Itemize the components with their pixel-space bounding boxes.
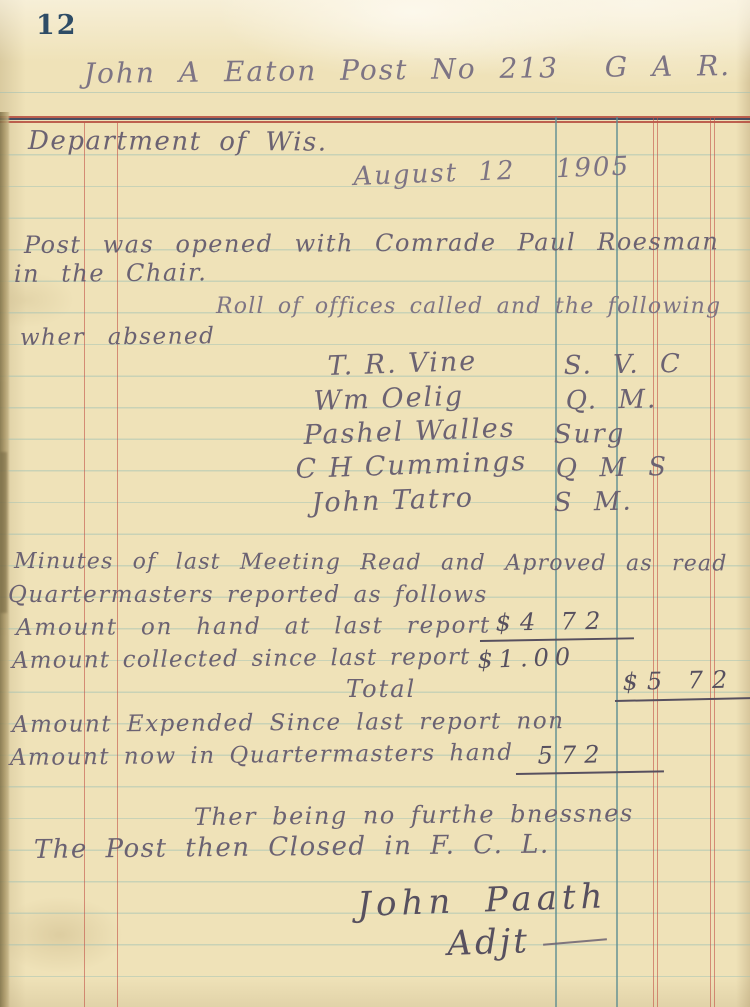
total-amount: $5 72	[614, 665, 750, 702]
officer-office: Q. M.	[566, 386, 658, 414]
header-rule-line	[0, 92, 750, 93]
absent-line: wher absened	[20, 325, 216, 350]
officer-name: T. R. Vine	[327, 348, 478, 380]
opening-line-1: Post was opened with Comrade Paul Roesma…	[24, 229, 720, 257]
officer-office: Q M S	[556, 454, 669, 482]
collected-label: Amount collected since last report	[12, 646, 471, 673]
closing-line-1: Ther being no furthe bnessnes	[194, 801, 634, 829]
officer-name: Wm Oelig	[313, 383, 464, 415]
officer-office: S. V. C	[564, 351, 683, 379]
ledger-page: 12 John A Eaton Post No 213 G A R. Depar…	[0, 0, 750, 1007]
officer-name: C H Cummings	[295, 448, 528, 483]
minutes-approved-line: Minutes of last Meeting Read and Aproved…	[14, 551, 728, 575]
balance-amount: 572	[515, 739, 664, 775]
officer-office: Surg	[554, 421, 626, 448]
binding-edge	[0, 112, 10, 1007]
header-red-rule-bottom	[0, 121, 750, 123]
officer-office: S M.	[554, 489, 633, 516]
signature-title: Adjt	[447, 924, 531, 961]
collected-amount: $1.00	[477, 643, 577, 674]
page-number: 12	[36, 10, 78, 41]
roll-call-line: Roll of offices called and the following	[216, 296, 721, 318]
expended-line: Amount Expended Since last report non	[12, 710, 565, 737]
total-label: Total	[346, 677, 416, 701]
opening-line-2: in the Chair.	[14, 260, 208, 286]
quartermaster-report-line: Quartermasters reported as follows	[8, 584, 488, 607]
officer-name: John Tatro	[311, 484, 474, 517]
balance-label: Amount now in Quartermasters hand	[10, 742, 514, 770]
on-hand-label: Amount on hand at last report	[16, 615, 491, 640]
department-line: Department of Wis.	[28, 128, 328, 156]
officer-name: Pashel Walles	[303, 415, 516, 449]
on-hand-amount: $4 72	[479, 606, 634, 642]
post-title: John A Eaton Post No 213 G A R.	[84, 52, 732, 88]
signature-name: John Paath	[357, 879, 608, 922]
closing-line-2: The Post then Closed in F. C. L.	[34, 832, 550, 863]
